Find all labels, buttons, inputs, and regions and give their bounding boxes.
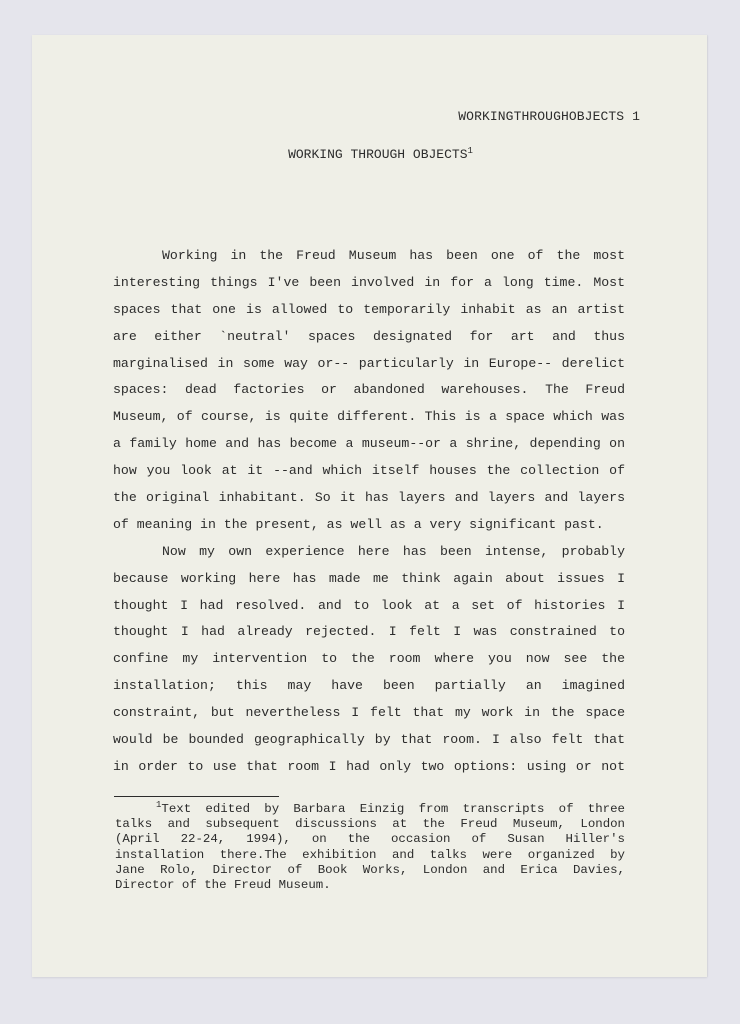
text-line: thought I had already rejected. I felt I…: [113, 619, 625, 646]
text-line: spaces that one is allowed to temporaril…: [113, 297, 625, 324]
text-line: how you look at it --and which itself ho…: [113, 458, 625, 485]
paragraph-2: Now my own experience here has been inte…: [113, 539, 625, 781]
running-head: WORKINGTHROUGHOBJECTS 1: [458, 109, 640, 124]
footnote-line: (April 22-24, 1994), on the occasion of …: [115, 832, 625, 847]
footnote-line: talks and subsequent discussions at the …: [115, 817, 625, 832]
text-line: marginalised in some way or-- particular…: [113, 351, 625, 378]
text-line: interesting things I've been involved in…: [113, 270, 625, 297]
text-line: spaces: dead factories or abandoned ware…: [113, 377, 625, 404]
text-line: are either `neutral' spaces designated f…: [113, 324, 625, 351]
text-line: confine my intervention to the room wher…: [113, 646, 625, 673]
body-text: Working in the Freud Museum has been one…: [113, 243, 625, 781]
text-line: in order to use that room I had only two…: [113, 754, 625, 781]
footnote-line-text: Text edited by Barbara Einzig from trans…: [161, 802, 625, 816]
text-line: the original inhabitant. So it has layer…: [113, 485, 625, 512]
footnote-divider: [114, 796, 279, 797]
document-title: WORKING THROUGH OBJECTS1: [32, 147, 707, 162]
text-line: would be bounded geographically by that …: [113, 727, 625, 754]
text-line: installation; this may have been partial…: [113, 673, 625, 700]
text-line: Now my own experience here has been inte…: [113, 539, 625, 566]
title-footnote-marker: 1: [468, 146, 473, 156]
text-line: constraint, but nevertheless I felt that…: [113, 700, 625, 727]
text-line: a family home and has become a museum--o…: [113, 431, 625, 458]
text-line: thought I had resolved. and to look at a…: [113, 593, 625, 620]
footnote-line: installation there.The exhibition and ta…: [115, 848, 625, 863]
title-text: WORKING THROUGH OBJECTS: [288, 147, 467, 162]
footnote-line: 1Text edited by Barbara Einzig from tran…: [115, 802, 625, 817]
text-line: of meaning in the present, as well as a …: [113, 512, 625, 539]
document-page: WORKINGTHROUGHOBJECTS 1 WORKING THROUGH …: [32, 35, 707, 977]
text-line: Working in the Freud Museum has been one…: [113, 243, 625, 270]
footnote: 1Text edited by Barbara Einzig from tran…: [115, 802, 625, 893]
footnote-line: Director of the Freud Museum.: [115, 878, 625, 893]
text-line: because working here has made me think a…: [113, 566, 625, 593]
paragraph-1: Working in the Freud Museum has been one…: [113, 243, 625, 539]
text-line: Museum, of course, is quite different. T…: [113, 404, 625, 431]
footnote-line: Jane Rolo, Director of Book Works, Londo…: [115, 863, 625, 878]
